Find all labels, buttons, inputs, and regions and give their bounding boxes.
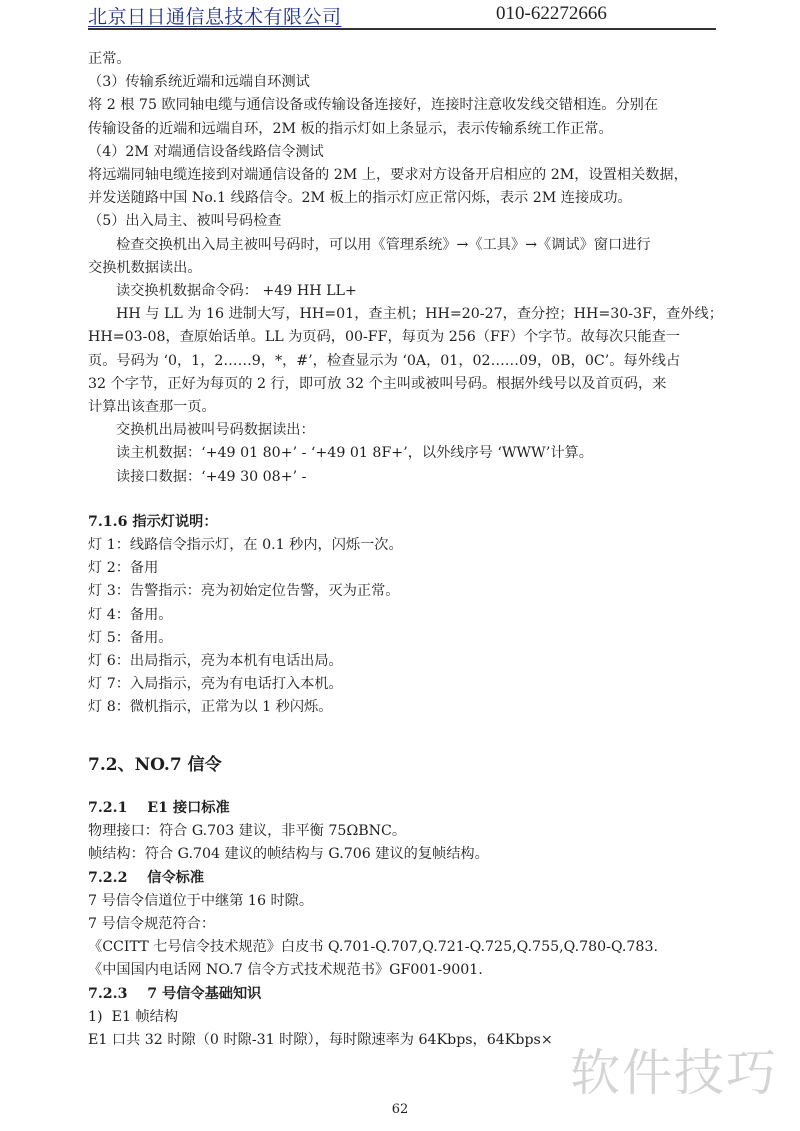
section-heading-72: 7.2、NO.7 信令 <box>88 754 720 777</box>
body-line: 7 号信令信道位于中继第 16 时隙。 <box>88 890 720 913</box>
subsection-heading: （5）出入局主、被叫号码检查 <box>88 210 720 233</box>
body-line: 计算出该查那一页。 <box>88 396 720 419</box>
light-item: 灯 8：微机指示，正常为以 1 秒闪烁。 <box>88 696 720 719</box>
body-line: 将远端同轴电缆连接到对端通信设备的 2M 上，要求对方设备开启相应的 2M，设置… <box>88 164 720 187</box>
body-line: 读主机数据：‘+49 01 80+’ - ‘+49 01 8F+’，以外线序号 … <box>88 442 720 465</box>
body-line: 32 个字节，正好为每页的 2 行，即可放 32 个主叫或被叫号码。根据外线号以… <box>88 373 720 396</box>
body-line: 7 号信令规范符合： <box>88 913 720 936</box>
light-item: 灯 5：备用。 <box>88 627 720 650</box>
body-line: 1) E1 帧结构 <box>88 1006 720 1029</box>
body-line: 并发送随路中国 No.1 线路信令。2M 板上的指示灯应正常闪烁，表示 2M 连… <box>88 187 720 210</box>
light-item: 灯 2：备用 <box>88 557 720 580</box>
light-item: 灯 1：线路信令指示灯，在 0.1 秒内，闪烁一次。 <box>88 534 720 557</box>
company-phone: 010-62272666 <box>496 3 607 25</box>
document-body: 正常。 （3）传输系统近端和远端自环测试 将 2 根 75 欧同轴电缆与通信设备… <box>88 48 720 1052</box>
body-line: 将 2 根 75 欧同轴电缆与通信设备或传输设备连接好，连接时注意收发线交错相连… <box>88 94 720 117</box>
body-line: 交换机出局被叫号码数据读出： <box>88 419 720 442</box>
section-heading-716: 7.1.6 指示灯说明： <box>88 511 720 534</box>
section-heading-722: 7.2.2 信令标准 <box>88 867 720 890</box>
command-code-line: 读交换机数据命令码： +49 HH LL+ <box>88 280 720 303</box>
light-item: 灯 4：备用。 <box>88 604 720 627</box>
body-line: 帧结构：符合 G.704 建议的帧结构与 G.706 建议的复帧结构。 <box>88 843 720 866</box>
body-line: HH=03-08，查原始话单。LL 为页码，00-FF，每页为 256（FF）个… <box>88 326 720 349</box>
watermark-text: 软件技巧 <box>570 1033 778 1105</box>
light-item: 灯 7：入局指示，亮为有电话打入本机。 <box>88 673 720 696</box>
body-line: 页。号码为 ‘0，1，2……9，*，#’，检查显示为 ‘0A，01，02……09… <box>88 350 720 373</box>
subsection-heading: （3）传输系统近端和远端自环测试 <box>88 71 720 94</box>
section-heading-721: 7.2.1 E1 接口标准 <box>88 797 720 820</box>
spec-reference: 《CCITT 七号信令技术规范》白皮书 Q.701-Q.707,Q.721-Q.… <box>88 936 720 959</box>
company-name: 北京日日通信息技术有限公司 <box>88 2 342 29</box>
body-line: 检查交换机出入局主被叫号码时，可以用《管理系统》→《工具》→《调试》窗口进行 <box>88 234 720 257</box>
subsection-heading: （4）2M 对端通信设备线路信令测试 <box>88 141 720 164</box>
spec-reference: 《中国国内电话网 NO.7 信令方式技术规范书》GF001-9001. <box>88 959 720 982</box>
light-item: 灯 3：告警指示：亮为初始定位告警，灭为正常。 <box>88 580 720 603</box>
page-header: 北京日日通信息技术有限公司 010-62272666 <box>88 2 716 30</box>
body-line: 交换机数据读出。 <box>88 257 720 280</box>
header-divider <box>88 28 716 30</box>
body-line: 传输设备的近端和远端自环，2M 板的指示灯如上条显示，表示传输系统工作正常。 <box>88 118 720 141</box>
section-heading-723: 7.2.3 7 号信令基础知识 <box>88 983 720 1006</box>
light-item: 灯 6：出局指示，亮为本机有电话出局。 <box>88 650 720 673</box>
body-line: 正常。 <box>88 48 720 71</box>
page-number: 62 <box>0 1102 800 1117</box>
body-line: 读接口数据：‘+49 30 08+’ - <box>88 466 720 489</box>
body-line: 物理接口：符合 G.703 建议，非平衡 75ΩBNC。 <box>88 820 720 843</box>
body-line: HH 与 LL 为 16 进制大写，HH=01，查主机；HH=20-27，查分控… <box>88 303 720 326</box>
